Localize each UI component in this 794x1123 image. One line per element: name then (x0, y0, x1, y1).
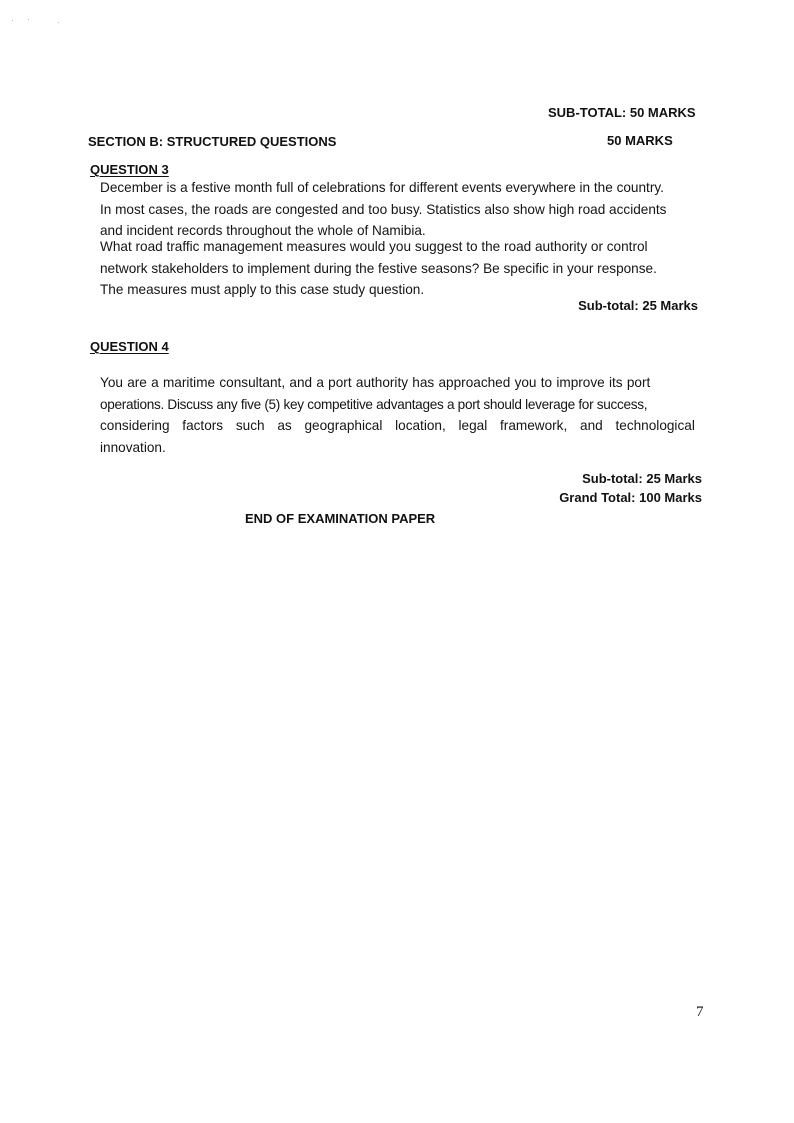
text-line: What road traffic management measures wo… (100, 236, 702, 258)
end-of-paper: END OF EXAMINATION PAPER (245, 511, 435, 526)
page-number: 7 (696, 1004, 704, 1021)
question-3-heading: QUESTION 3 (90, 162, 169, 177)
scan-speck (28, 19, 29, 20)
text-line: operations. Discuss any five (5) key com… (100, 394, 702, 416)
text-line: innovation. (100, 437, 702, 459)
scan-speck (12, 20, 13, 21)
text-line: December is a festive month full of cele… (100, 177, 702, 199)
question-3-paragraph-2: What road traffic management measures wo… (100, 236, 702, 301)
question-4-heading: QUESTION 4 (90, 339, 169, 354)
text-line: considering factors such as geographical… (100, 415, 702, 437)
text-line: network stakeholders to implement during… (100, 258, 702, 280)
question-3-subtotal: Sub-total: 25 Marks (400, 298, 698, 313)
question-3-paragraph-1: December is a festive month full of cele… (100, 177, 702, 242)
grand-total: Grand Total: 100 Marks (400, 490, 702, 505)
subtotal-top: SUB-TOTAL: 50 MARKS (548, 105, 696, 120)
section-title: SECTION B: STRUCTURED QUESTIONS (88, 134, 336, 149)
section-marks: 50 MARKS (607, 133, 673, 148)
scan-speck (58, 22, 59, 23)
text-line: You are a maritime consultant, and a por… (100, 372, 702, 394)
question-4-subtotal: Sub-total: 25 Marks (400, 471, 702, 486)
question-4-paragraph: You are a maritime consultant, and a por… (100, 372, 702, 458)
text-line: In most cases, the roads are congested a… (100, 199, 702, 221)
